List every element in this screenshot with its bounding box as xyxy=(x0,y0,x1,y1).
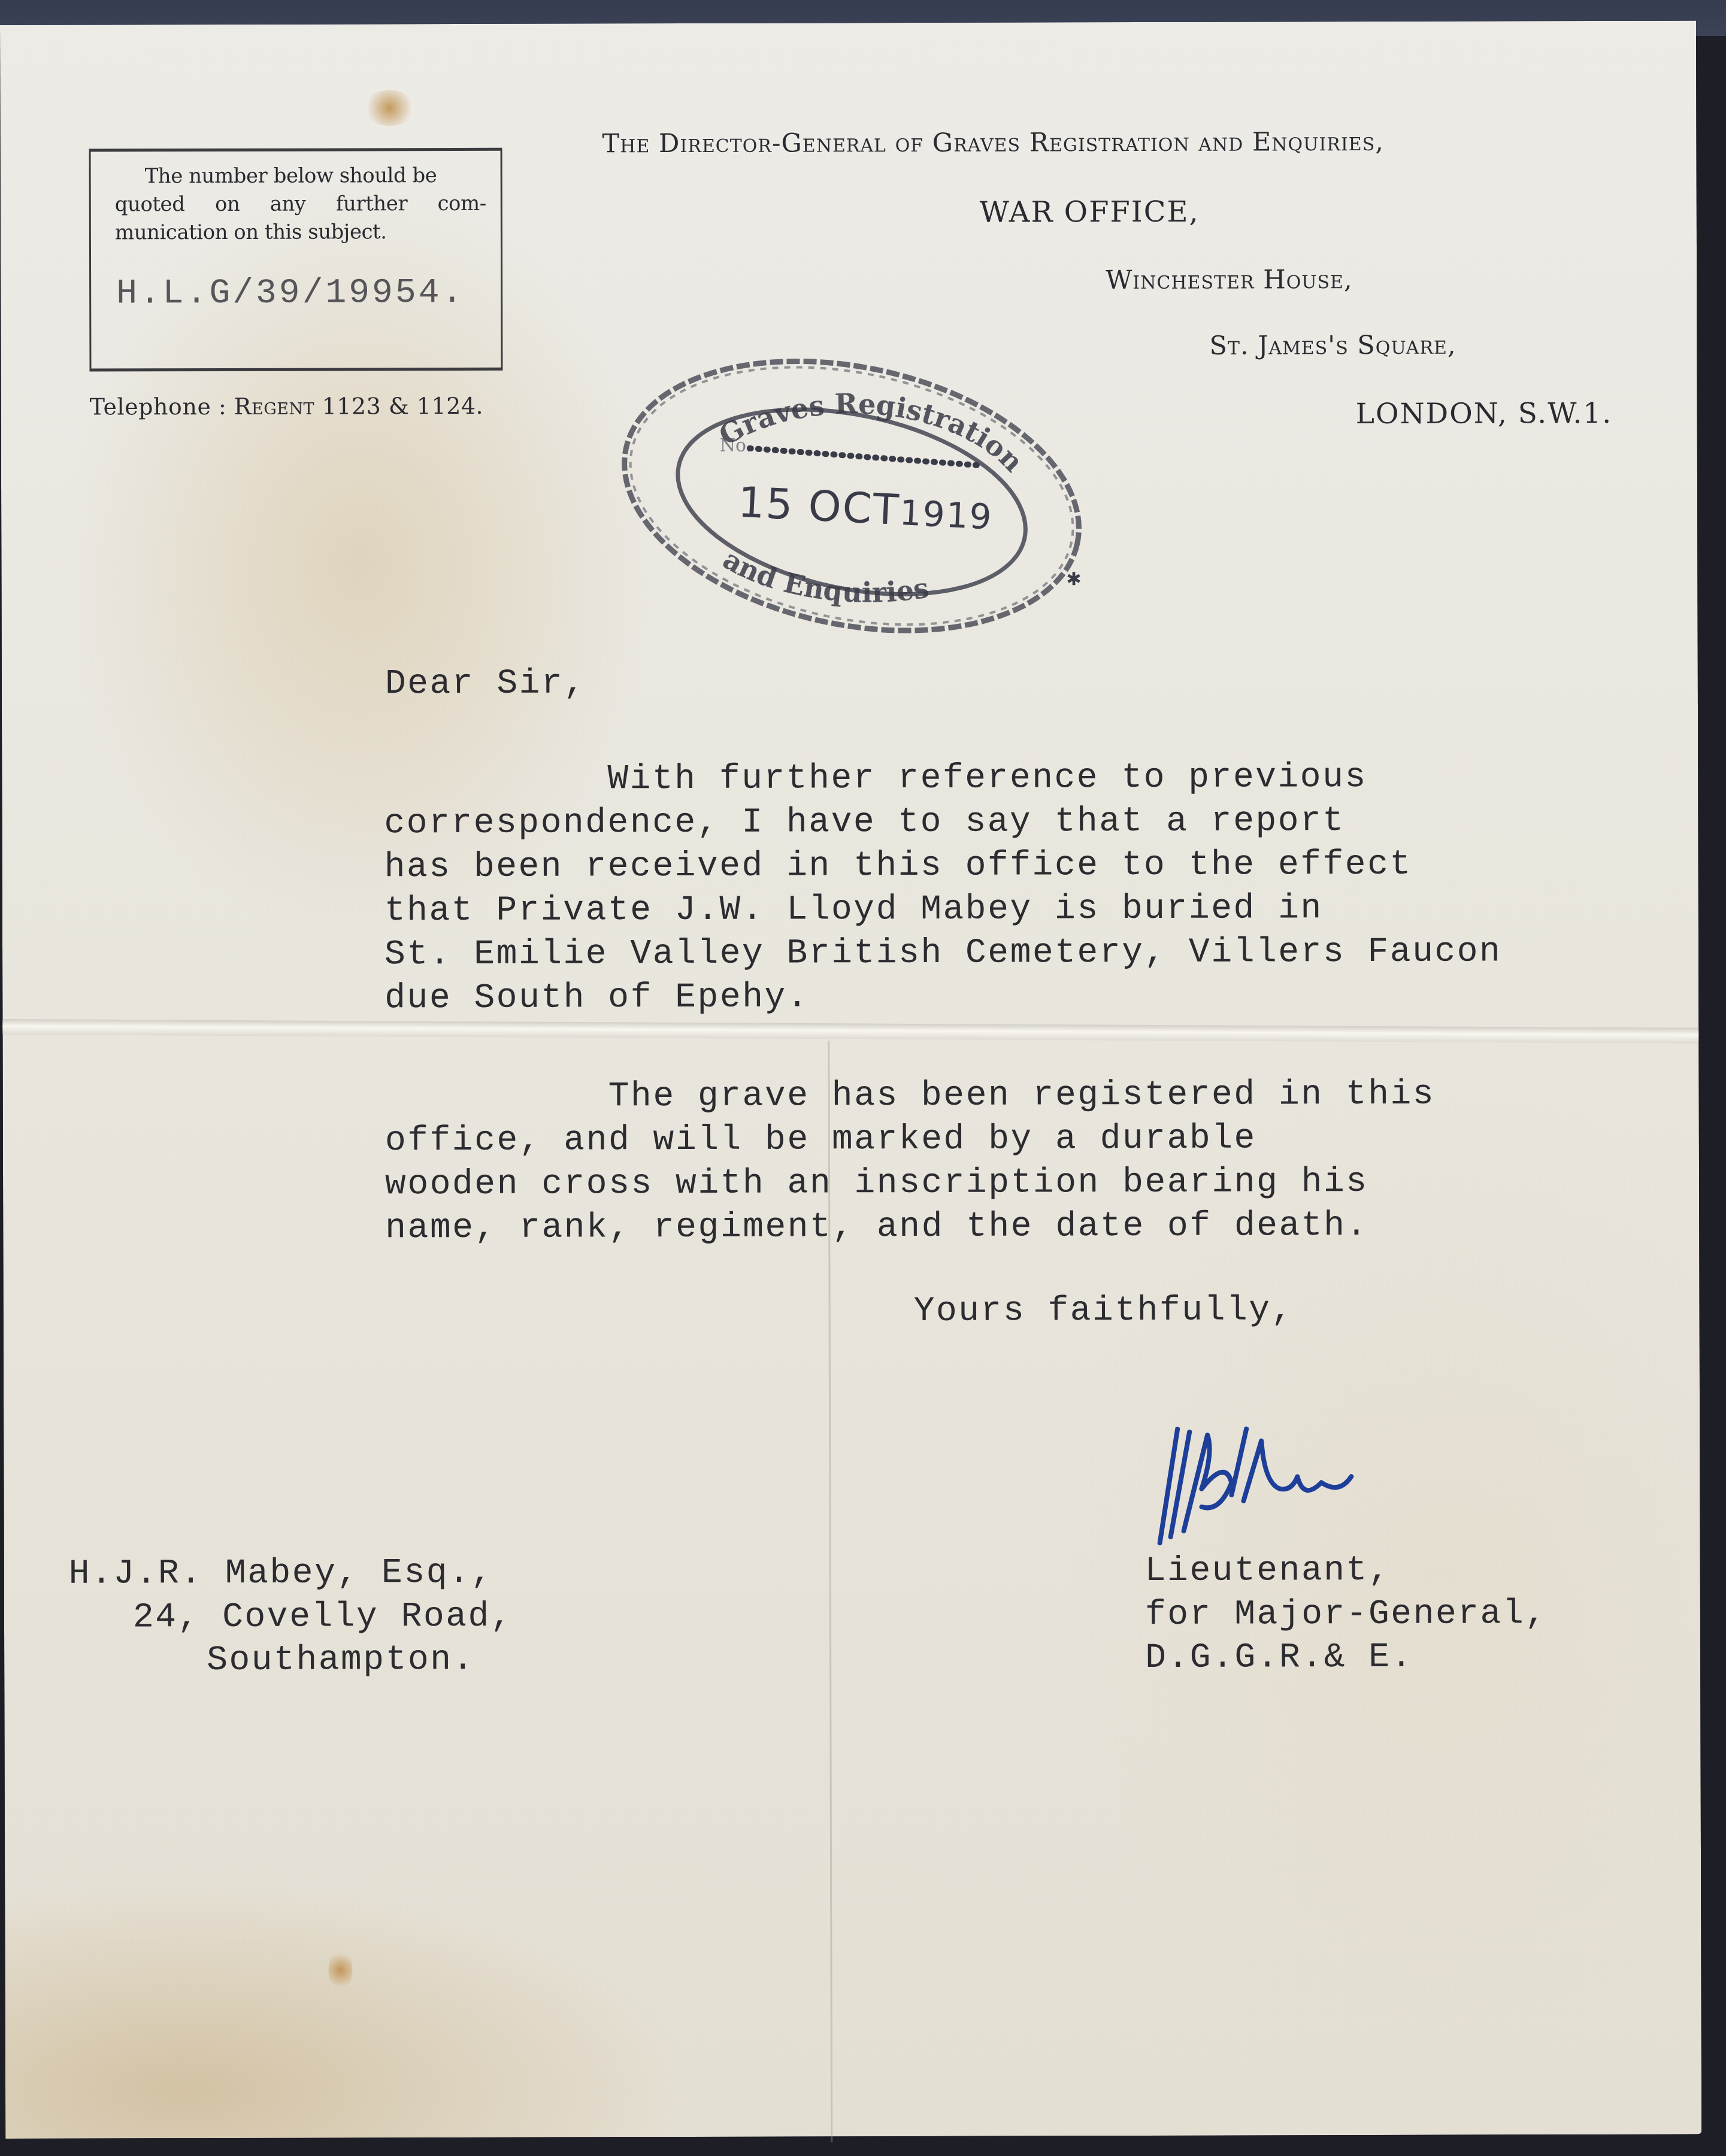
salutation: Dear Sir, xyxy=(385,664,586,703)
svg-text:and Enquiries: and Enquiries xyxy=(717,542,931,609)
received-date-stamp: Graves Registration and Enquiries No. ✱ … xyxy=(599,322,1115,658)
telephone-numbers: 1123 & 1124. xyxy=(322,393,484,420)
recipient-name: H.J.R. Mabey, Esq., xyxy=(69,1554,493,1594)
body-line: that Private J.W. Lloyd Mabey is buried … xyxy=(384,889,1323,930)
telephone-exchange: Regent xyxy=(234,393,314,420)
body-line: The grave has been registered in this xyxy=(385,1075,1436,1117)
horizontal-fold xyxy=(2,1019,1698,1044)
reference-note: The number below should be quoted on any… xyxy=(115,162,486,247)
recipient-city: Southampton. xyxy=(207,1640,475,1680)
letterhead-office: WAR OFFICE, xyxy=(980,195,1200,229)
body-line: St. Emilie Valley British Cemetery, Vill… xyxy=(384,932,1501,974)
rust-stain xyxy=(328,1949,352,1991)
signatory-for-line: for Major-General, xyxy=(1145,1594,1548,1635)
telephone-line: Telephone : Regent 1123 & 1124. xyxy=(90,393,484,420)
letterhead-building: Winchester House, xyxy=(1106,265,1353,295)
letter-page: The number below should be quoted on any… xyxy=(0,21,1701,2139)
body-line: correspondence, I have to say that a rep… xyxy=(384,802,1345,843)
vertical-fold xyxy=(828,1041,832,2142)
body-line: With further reference to previous xyxy=(384,758,1367,799)
letterhead-square: St. James's Square, xyxy=(1209,330,1456,361)
rust-stain xyxy=(362,90,416,126)
closing: Yours faithfully, xyxy=(914,1291,1294,1331)
signatory-office: D.G.G.R.& E. xyxy=(1145,1638,1413,1678)
signature xyxy=(1141,1417,1430,1549)
letterhead-department: The Director-General of Graves Registrat… xyxy=(602,127,1383,159)
body-line: wooden cross with an inscription bearing… xyxy=(385,1163,1368,1204)
body-line: office, and will be marked by a durable xyxy=(385,1120,1256,1161)
stamp-year: 1919 xyxy=(898,492,994,538)
signatory-rank: Lieutenant, xyxy=(1145,1551,1391,1591)
stamp-day: 15 xyxy=(737,478,795,530)
reference-note-line: munication on this subject. xyxy=(115,218,486,247)
body-line: due South of Epehy. xyxy=(384,978,809,1018)
body-line: name, rank, regiment, and the date of de… xyxy=(385,1206,1368,1248)
letterhead-city: LONDON, S.W.1. xyxy=(1356,397,1613,430)
telephone-label: Telephone : xyxy=(90,393,227,420)
reference-note-line: The number below should be xyxy=(115,162,486,191)
reference-number: H.L.G/39/19954. xyxy=(116,274,465,314)
body-line: has been received in this office to the … xyxy=(384,845,1412,887)
svg-text:No.: No. xyxy=(720,435,752,456)
reference-box: The number below should be quoted on any… xyxy=(89,148,503,372)
stamp-month: OCT xyxy=(807,481,901,535)
reference-note-line: quoted on any further com- xyxy=(115,190,486,219)
svg-text:✱: ✱ xyxy=(1066,569,1081,589)
recipient-street: 24, Covelly Road, xyxy=(133,1597,513,1638)
signature-scrawl-icon xyxy=(1141,1417,1430,1549)
